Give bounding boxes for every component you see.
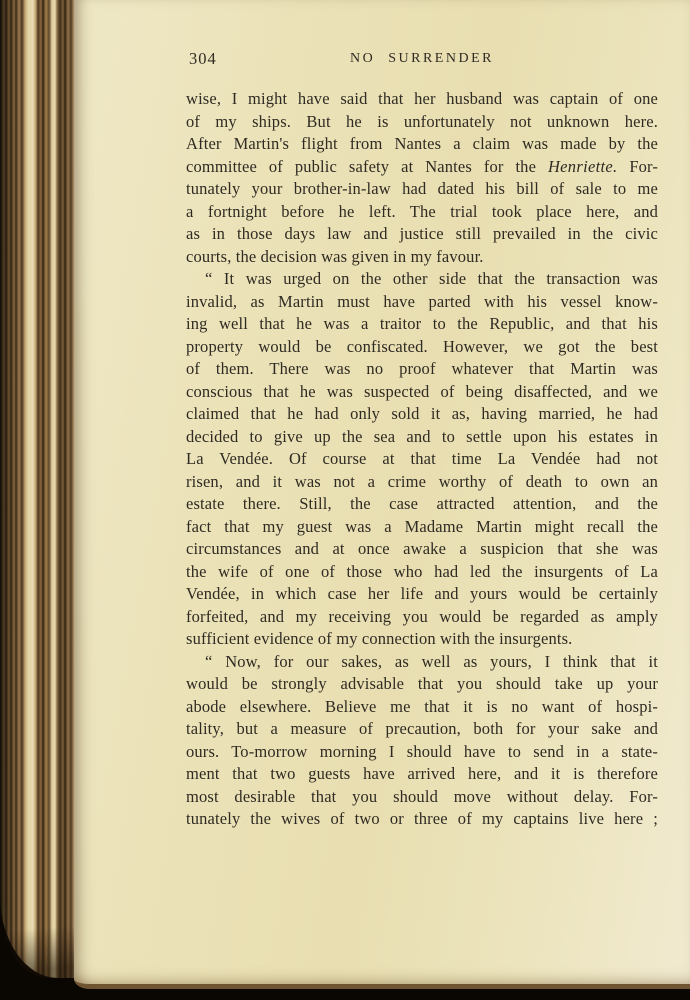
text-line: sufficient evidence of my connection wit…	[186, 628, 658, 651]
text-line: fact that my guest was a Madame Martin m…	[186, 516, 658, 539]
text-line: decided to give up the sea and to settle…	[186, 426, 658, 449]
paragraph: wise, I might have said that her husband…	[186, 88, 658, 268]
text-line: Vendée, in which case her life and yours…	[186, 583, 658, 606]
text-line: invalid, as Martin must have parted with…	[186, 291, 658, 314]
running-title: NO SURRENDER	[186, 51, 658, 67]
text-line: La Vendée. Of course at that time La Ven…	[186, 448, 658, 471]
book-scan: 304 NO SURRENDER wise, I might have said…	[0, 0, 690, 1000]
text-line: of them. There was no proof whatever tha…	[186, 358, 658, 381]
text-line: wise, I might have said that her husband…	[186, 88, 658, 111]
text-line: of my ships. But he is unfortunately not…	[186, 111, 658, 134]
text-line: most desirable that you should move with…	[186, 786, 658, 809]
text-line: as in those days law and justice still p…	[186, 223, 658, 246]
text-line: tunately the wives of two or three of my…	[186, 808, 658, 831]
text-line: “ Now, for our sakes, as well as yours, …	[186, 651, 658, 674]
book-page: 304 NO SURRENDER wise, I might have said…	[74, 0, 690, 989]
text-line: After Martin's flight from Nantes a clai…	[186, 133, 658, 156]
text-line: forfeited, and my receiving you would be…	[186, 606, 658, 629]
text-line: committee of public safety at Nantes for…	[186, 156, 658, 179]
paragraph: “ It was urged on the other side that th…	[186, 268, 658, 651]
text-line: ing well that he was a traitor to the Re…	[186, 313, 658, 336]
text-line: conscious that he was suspected of being…	[186, 381, 658, 404]
text-line: tality, but a measure of precaution, bot…	[186, 718, 658, 741]
text-line: would be strongly advisable that you sho…	[186, 673, 658, 696]
book-binding-edge	[0, 0, 84, 978]
page-content: 304 NO SURRENDER wise, I might have said…	[186, 0, 658, 831]
text-line: circumstances and at once awake a suspic…	[186, 538, 658, 561]
text-line: estate there. Still, the case attracted …	[186, 493, 658, 516]
text-line: abode elsewhere. Believe me that it is n…	[186, 696, 658, 719]
text-line: risen, and it was not a crime worthy of …	[186, 471, 658, 494]
text-line: tunately your brother-in-law had dated h…	[186, 178, 658, 201]
page-header: 304 NO SURRENDER	[186, 49, 658, 69]
text-line: courts, the decision was given in my fav…	[186, 246, 658, 269]
text-line: claimed that he had only sold it as, hav…	[186, 403, 658, 426]
page-text: wise, I might have said that her husband…	[186, 88, 658, 831]
text-line: the wife of one of those who had led the…	[186, 561, 658, 584]
text-line: “ It was urged on the other side that th…	[186, 268, 658, 291]
text-line: ment that two guests have arrived here, …	[186, 763, 658, 786]
paragraph: “ Now, for our sakes, as well as yours, …	[186, 651, 658, 831]
text-line: property would be confiscated. However, …	[186, 336, 658, 359]
text-line: ours. To-morrow morning I should have to…	[186, 741, 658, 764]
text-line: a fortnight before he left. The trial to…	[186, 201, 658, 224]
